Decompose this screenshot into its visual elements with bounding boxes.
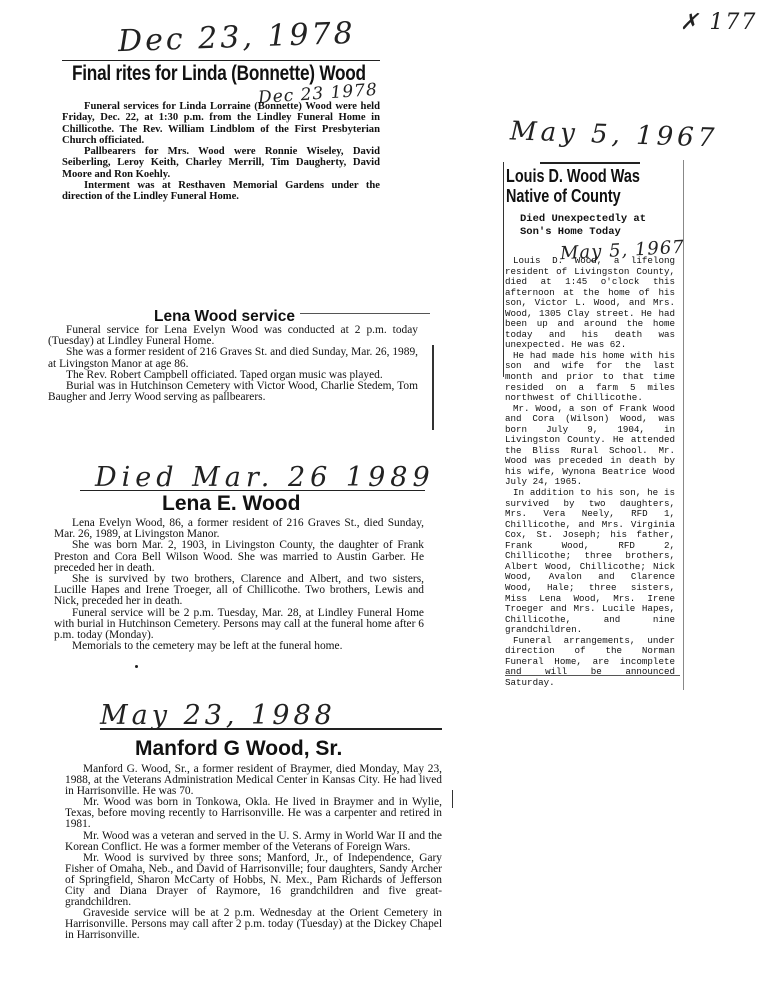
subheadline-line: Died Unexpectedly at [520, 213, 680, 226]
headline: Lena E. Wood [162, 492, 300, 516]
headline: Manford G Wood, Sr. [135, 737, 342, 761]
clipping-edge-rule [300, 313, 430, 314]
clipping-edge-rule [80, 490, 425, 491]
subheadline: Died Unexpectedly at Son's Home Today [520, 213, 680, 239]
article-body: Louis D. Wood, a lifelong resident of Li… [505, 256, 675, 688]
handwritten-date: Died Mar. 26 1989 [95, 462, 435, 493]
paragraph: Funeral services for Linda Lorraine (Bon… [62, 101, 380, 146]
clipping-edge-rule [100, 728, 442, 730]
paragraph: Funeral service for Lena Evelyn Wood was… [48, 325, 418, 347]
handwritten-date: May 23, 1988 [100, 700, 336, 731]
paragraph: Mr. Wood is survived by three sons; Manf… [65, 853, 442, 908]
speck [135, 665, 138, 668]
paragraph: Louis D. Wood, a lifelong resident of Li… [505, 256, 675, 351]
headline: Final rites for Linda (Bonnette) Wood [72, 62, 318, 86]
paragraph: Mr. Wood, a son of Frank Wood and Cora (… [505, 404, 675, 488]
headline-line: Louis D. Wood Was [506, 166, 678, 186]
article-body: Funeral service for Lena Evelyn Wood was… [48, 325, 418, 403]
handwritten-page-note: ✗ 177 [680, 10, 757, 35]
paragraph: Funeral arrangements, under direction of… [505, 636, 675, 689]
paragraph: Graveside service will be at 2 p.m. Wedn… [65, 908, 442, 941]
paragraph: He had made his home with his son and wi… [505, 351, 675, 404]
paragraph: Interment was at Resthaven Memorial Gard… [62, 180, 380, 203]
headline-line: Native of County [506, 186, 678, 206]
article-body: Manford G. Wood, Sr., a former resident … [65, 764, 442, 942]
paragraph: Mr. Wood was born in Tonkowa, Okla. He l… [65, 797, 442, 830]
article-body: Lena Evelyn Wood, 86, a former resident … [54, 518, 424, 652]
paragraph: Burial was in Hutchinson Cemetery with V… [48, 381, 418, 403]
clipping-edge-rule [452, 790, 453, 808]
paragraph: Pallbearers for Mrs. Wood were Ronnie Wi… [62, 146, 380, 180]
handwritten-date: May 5, 1967 [510, 116, 719, 153]
clipping-edge-rule [432, 345, 434, 430]
paragraph: In addition to his son, he is survived b… [505, 488, 675, 636]
paragraph: Mr. Wood was a veteran and served in the… [65, 831, 442, 853]
subheadline-line: Son's Home Today [520, 226, 680, 239]
clipping-edge-rule [505, 675, 680, 676]
article-body: Funeral services for Linda Lorraine (Bon… [62, 101, 380, 203]
paragraph: Funeral service will be 2 p.m. Tuesday, … [54, 608, 424, 642]
paragraph: She is survived by two brothers, Clarenc… [54, 574, 424, 608]
paragraph: Lena Evelyn Wood, 86, a former resident … [54, 518, 424, 540]
paragraph: She was born Mar. 2, 1903, in Livingston… [54, 540, 424, 574]
headline: Louis D. Wood Was Native of County [506, 166, 678, 206]
paragraph: She was a former resident of 216 Graves … [48, 347, 418, 369]
clipping-edge-rule [62, 60, 380, 61]
paragraph: Memorials to the cemetery may be left at… [54, 641, 424, 652]
handwritten-date: Dec 23, 1978 [117, 16, 356, 59]
paragraph: Manford G. Wood, Sr., a former resident … [65, 764, 442, 797]
clipping-edge-rule [503, 162, 504, 377]
clipping-edge-rule [540, 162, 640, 164]
